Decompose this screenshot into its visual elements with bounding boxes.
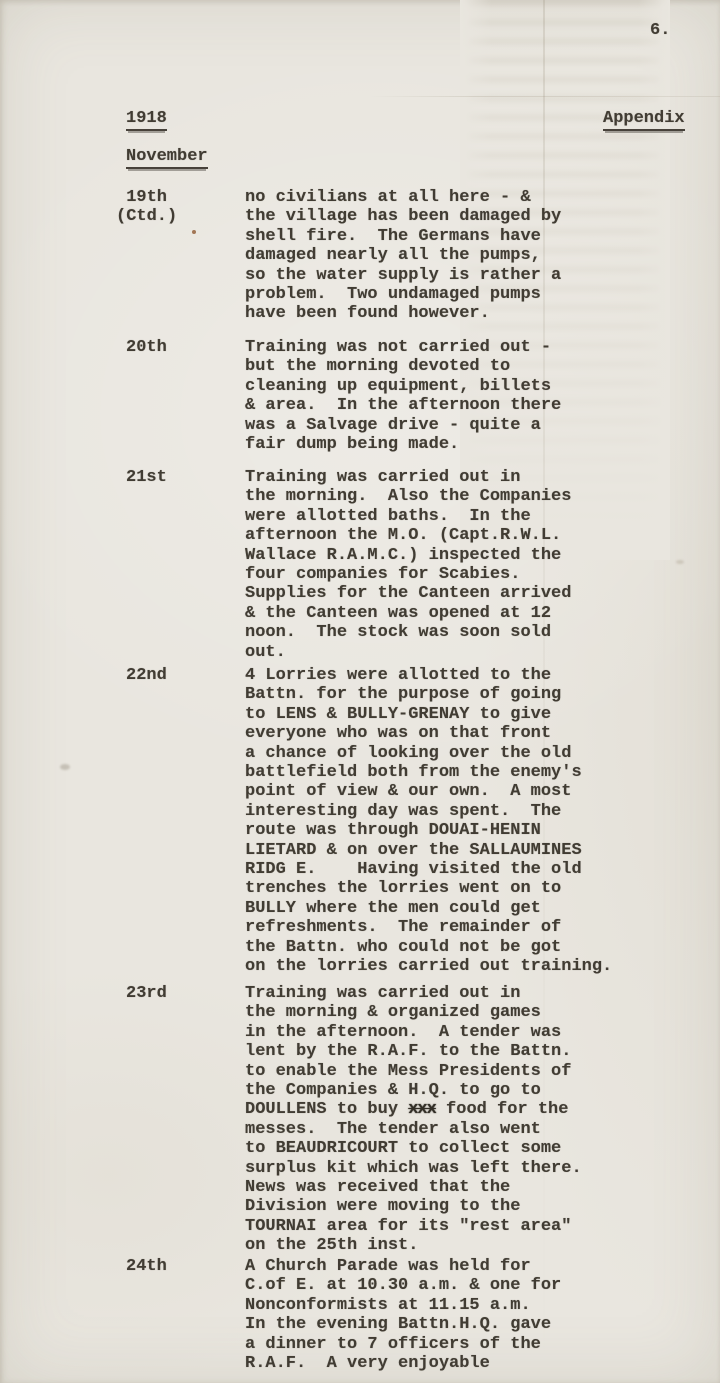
entry-date: 20th — [126, 338, 236, 357]
entry-text: Training was not carried out - but the m… — [245, 338, 675, 454]
entry-date: 23rd — [126, 984, 236, 1003]
appendix-label: Appendix — [603, 109, 685, 131]
entry-text: 4 Lorries were allotted to the Battn. fo… — [245, 666, 675, 977]
header-year: 1918 — [126, 109, 167, 131]
paper-smudge — [60, 764, 70, 770]
month-label: November — [126, 147, 208, 169]
paper-smudge — [676, 560, 684, 564]
entry-text: no civilians at all here - & the village… — [245, 188, 675, 324]
paper-speck — [192, 230, 196, 234]
entry-date: 22nd — [126, 666, 236, 685]
entry-date: 24th — [126, 1257, 236, 1276]
document-page: 6. 1918 Appendix November 19th (Ctd.) no… — [0, 0, 720, 1383]
entry-text: Training was carried out in the morning … — [245, 984, 675, 1256]
entry-date: 19th (Ctd.) — [116, 188, 226, 227]
entry-text: Training was carried out in the morning.… — [245, 468, 675, 662]
entry-text: A Church Parade was held for C.of E. at … — [245, 1257, 675, 1373]
entry-text-after: food for the messes. The tender also wen… — [245, 1100, 582, 1255]
year-label: 1918 — [126, 109, 167, 131]
header-appendix: Appendix — [603, 109, 685, 131]
overtyped-deletion: xxx — [408, 1100, 436, 1119]
horizontal-paper-crease — [370, 96, 720, 97]
page-number: 6. — [650, 21, 670, 40]
entry-date: 21st — [126, 468, 236, 487]
header-month: November — [126, 147, 208, 169]
